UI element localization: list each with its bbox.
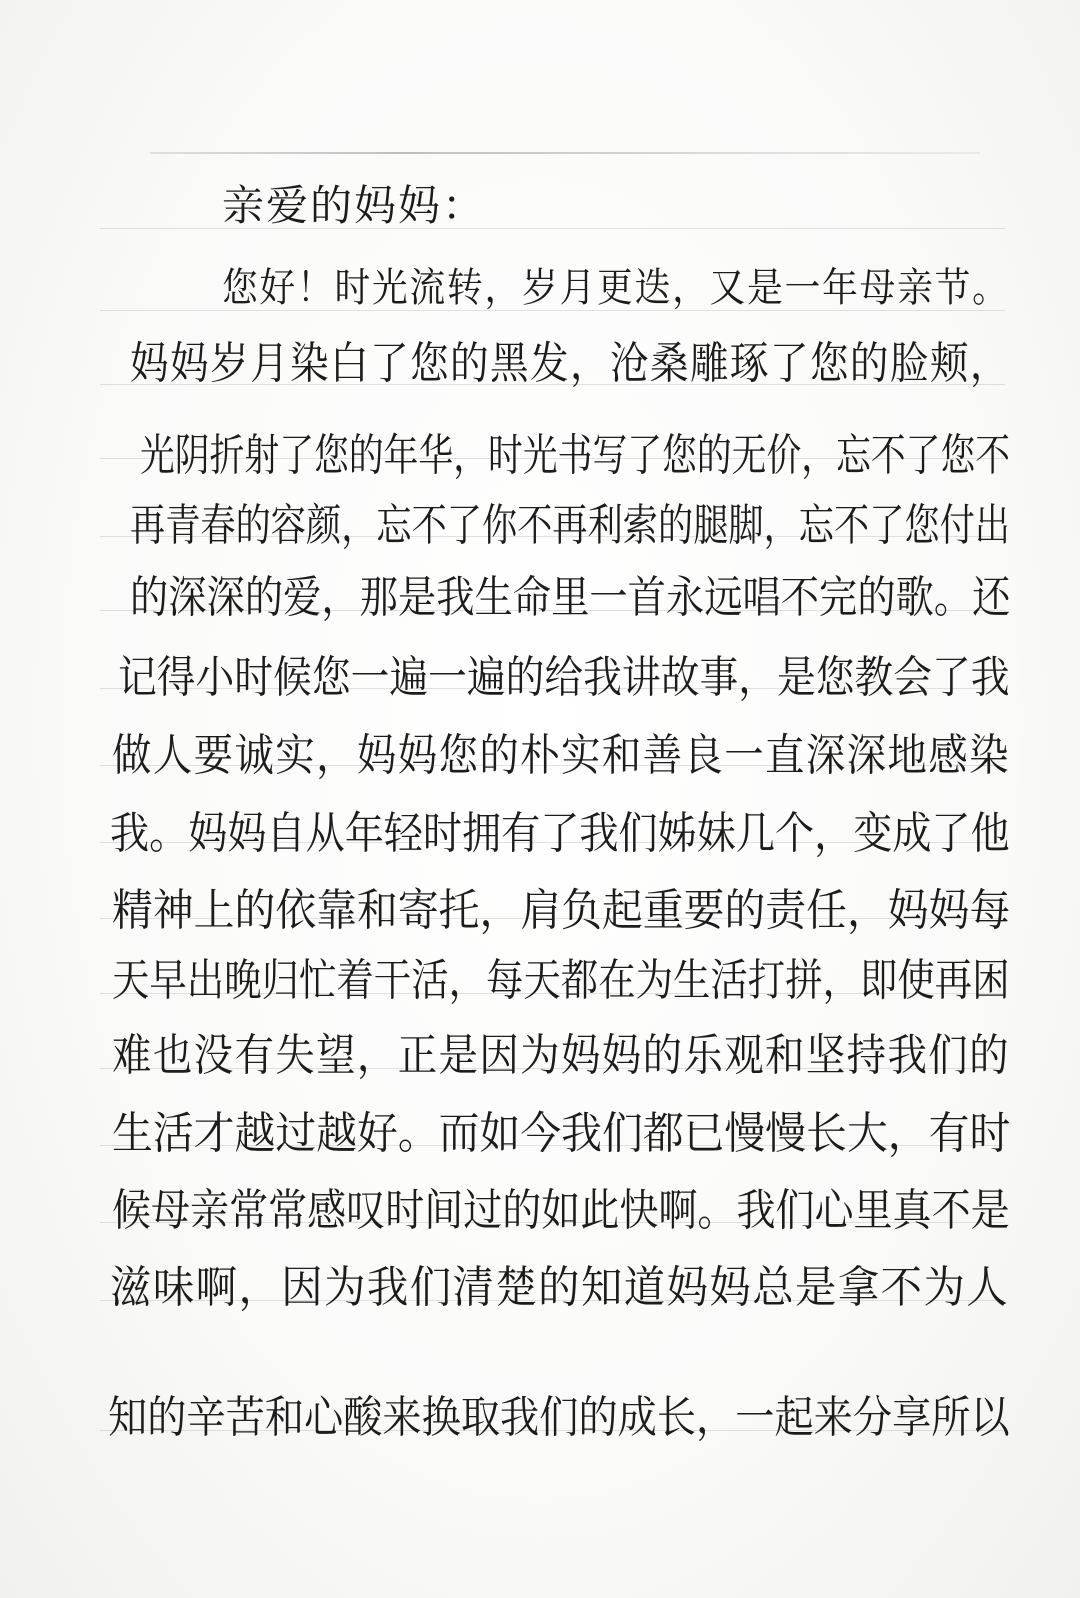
- header-rule: [150, 152, 980, 154]
- letter-line: 再青春的容颜，忘不了你不再利索的腿脚，忘不了您付出: [130, 500, 1010, 552]
- letter-line: 知的辛苦和心酸来换取我们的成长，一起来分享所以: [108, 1392, 1010, 1444]
- letter-line: 精神上的依靠和寄托，肩负起重要的责任，妈妈每: [112, 885, 1010, 937]
- letter-line: 天早出晚归忙着干活，每天都在为生活打拼，即使再困: [112, 955, 1010, 1007]
- letter-salutation: 亲爱的妈妈：: [222, 180, 486, 232]
- letter-line: 候母亲常常感叹时间过的如此快啊。我们心里真不是: [112, 1185, 1010, 1237]
- letter-line: 我。妈妈自从年轻时拥有了我们姊妹几个，变成了他: [110, 808, 1010, 860]
- letter-line: 记得小时候您一遍一遍的给我讲故事，是您教会了我: [118, 652, 1010, 704]
- letter-line: 妈妈岁月染白了您的黑发，沧桑雕琢了您的脸颊，: [130, 338, 1010, 390]
- letter-line: 做人要诚实，妈妈您的朴实和善良一直深深地感染: [112, 730, 1010, 782]
- letter-line: 生活才越过越好。而如今我们都已慢慢长大，有时: [112, 1108, 1010, 1160]
- letter-line: 难也没有失望，正是因为妈妈的乐观和坚持我们的: [112, 1030, 1010, 1082]
- letter-paper: 亲爱的妈妈： 您好！时光流转，岁月更迭，又是一年母亲节。 妈妈岁月染白了您的黑发…: [0, 0, 1080, 1598]
- letter-line: 滋味啊，因为我们清楚的知道妈妈总是拿不为人: [110, 1262, 1009, 1314]
- letter-line: 的深深的爱，那是我生命里一首永远唱不完的歌。还: [130, 572, 1010, 624]
- letter-greeting: 您好！时光流转，岁月更迭，又是一年母亲节。: [222, 262, 1010, 314]
- letter-line: 光阴折射了您的年华，时光书写了您的无价，忘不了您不: [140, 430, 1010, 482]
